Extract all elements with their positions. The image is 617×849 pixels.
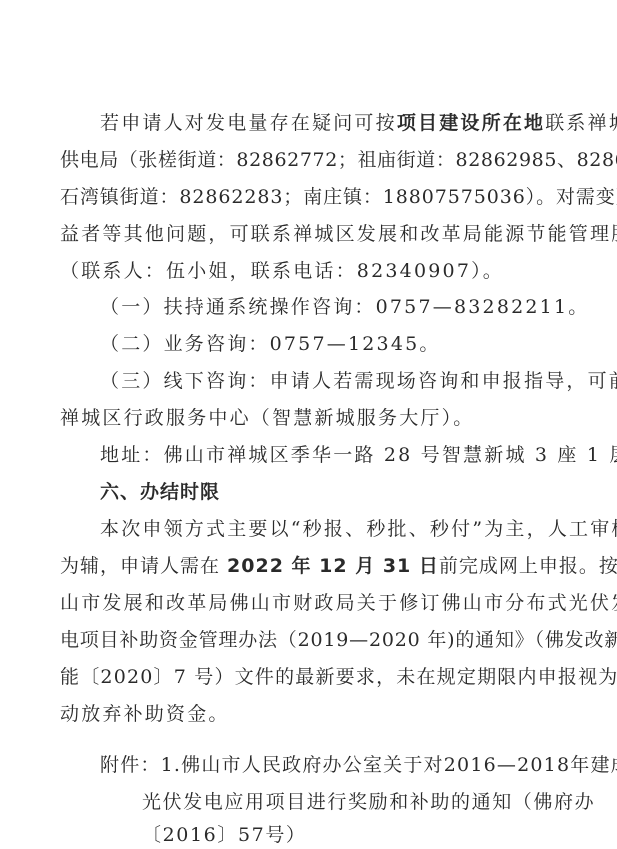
para1-line2: 供电局（张槎街道：82862772；祖庙街道：82862985、82869129… xyxy=(60,147,593,173)
consult-item-3: （三）线下咨询：申请人若需现场咨询和申报指导，可前往 xyxy=(100,368,593,394)
para1-line5: （联系人：伍小姐，联系电话：82340907）。 xyxy=(60,258,593,284)
section-heading-6: 六、办结时限 xyxy=(100,479,593,505)
attachment-label: 附件： xyxy=(100,754,161,776)
attachment-line3: 〔2016〕57号） xyxy=(142,822,617,848)
attachment-line2: 光伏发电应用项目进行奖励和补助的通知（佛府办 xyxy=(142,789,617,815)
consult-item-1: （一）扶持通系统操作咨询：0757—83282211。 xyxy=(100,294,593,320)
address-line: 地址：佛山市禅城区季华一路 28 号智慧新城 3 座 1 层 xyxy=(100,442,593,468)
para2-text-cont: 前完成网上申报。按照《佛 xyxy=(439,555,617,577)
para1-text-cont: 联系禅城 xyxy=(545,112,617,134)
consult-item-2: （二）业务咨询：0757—12345。 xyxy=(100,331,593,357)
para2-line2: 为辅，申请人需在 2022 年 12 月 31 日前完成网上申报。按照《佛 xyxy=(60,553,593,579)
para1-line3: 石湾镇街道：82862283；南庄镇：18807575036）。对需变更收 xyxy=(60,184,593,210)
document-page: 若申请人对发电量存在疑问可按项目建设所在地联系禅城 供电局（张槎街道：82862… xyxy=(0,0,617,849)
deadline-date: 2022 年 12 月 31 日 xyxy=(227,555,439,577)
para2-line1: 本次申领方式主要以“秒报、秒批、秒付”为主，人工审核 xyxy=(100,516,593,542)
consult-item-3-cont: 禅城区行政服务中心（智慧新城服务大厅）。 xyxy=(60,405,593,431)
para2-line4: 电项目补助资金管理办法（2019—2020 年)的通知》（佛发改新 xyxy=(60,627,593,653)
para1-bold-location: 项目建设所在地 xyxy=(397,112,545,134)
para1-line1: 若申请人对发电量存在疑问可按项目建设所在地联系禅城 xyxy=(100,110,593,136)
para1-line4: 益者等其他问题，可联系禅城区发展和改革局能源节能管理股 xyxy=(60,221,593,247)
para2-line3: 山市发展和改革局佛山市财政局关于修订佛山市分布式光伏发 xyxy=(60,590,593,616)
attachment-line1: 附件：1.佛山市人民政府办公室关于对2016—2018年建成 xyxy=(100,752,617,778)
attachment-item-1: 1.佛山市人民政府办公室关于对2016—2018年建成 xyxy=(161,754,617,776)
para1-text: 若申请人对发电量存在疑问可按 xyxy=(100,112,397,134)
para2-text: 为辅，申请人需在 xyxy=(60,555,227,577)
para2-line5: 能〔2020〕7 号）文件的最新要求，未在规定期限内申报视为主 xyxy=(60,664,593,690)
para2-line6: 动放弃补助资金。 xyxy=(60,701,593,727)
